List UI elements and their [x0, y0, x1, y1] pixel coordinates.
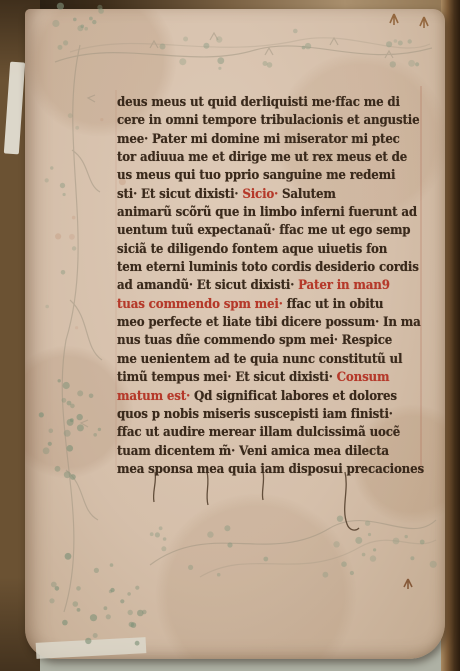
ink-text: ffac ut audire merear illam dulcissimã u… [117, 424, 400, 440]
manuscript-line: ffac ut audire merear illam dulcissimã u… [117, 423, 429, 441]
ink-text: tor adiuua me et dirige me ut rex meus e… [117, 149, 407, 165]
manuscript-line: deus meus ut quid derliquisti me·ffac me… [117, 93, 429, 111]
ink-text: Salutem [282, 186, 336, 202]
ink-text: meo perfecte et liate tibi dicere possum… [117, 314, 421, 330]
manuscript-line: ad amandũ· Et sicut dixisti· Pater in ma… [117, 276, 429, 294]
ink-text: nus tuas dñe commendo spm mei· Respice [117, 332, 392, 348]
ink-text: uentum tuũ expectanaũ· ffac me ut ego se… [117, 222, 410, 238]
manuscript-line: sti· Et sicut dixisti· Sicio· Salutem [117, 185, 429, 203]
ink-text: us meus qui tuo pprio sanguine me redemi [117, 167, 395, 183]
manuscript-line: matum est· Qd significat labores et dolo… [117, 387, 429, 405]
rubric-text: Pater in man9 [298, 277, 390, 293]
manuscript-line: uentum tuũ expectanaũ· ffac me ut ego se… [117, 221, 429, 239]
ink-text: quos p nobis miseris suscepisti iam fini… [117, 406, 393, 422]
ink-text: deus meus ut quid derliquisti me·ffac me… [117, 94, 400, 110]
ink-text: tem eterni luminis toto cordis desiderio… [117, 259, 419, 275]
manuscript-line: tor adiuua me et dirige me ut rex meus e… [117, 148, 429, 166]
manuscript-line: mea sponsa mea quia iam disposui precaci… [117, 460, 429, 478]
ink-text: timũ tempus mei· Et sicut dixisti· [117, 369, 337, 385]
ink-text: sti· Et sicut dixisti· [117, 186, 242, 202]
ink-text: mee· Pater mi domine mi miserator mi pte… [117, 131, 400, 147]
manuscript-line: tem eterni luminis toto cordis desiderio… [117, 258, 429, 276]
manuscript-photo: deus meus ut quid derliquisti me·ffac me… [0, 0, 460, 671]
ink-text: animarũ scõrũ que in limbo inferni fueru… [117, 204, 417, 220]
manuscript-line: tuas commendo spm mei· ffac ut in obitu [117, 295, 429, 313]
manuscript-line: meo perfecte et liate tibi dicere possum… [117, 313, 429, 331]
ink-text: mea sponsa mea quia iam disposui precaci… [117, 461, 424, 477]
ink-text: tuam dicentem m̃· Veni amica mea dilecta [117, 443, 389, 459]
ink-text: Qd significat labores et dolores [194, 388, 397, 404]
ink-text: me uenientem ad te quia nunc constitutũ … [117, 351, 402, 367]
manuscript-line: cere in omni tempore tribulacionis et an… [117, 111, 429, 129]
manuscript-line: siciã te diligendo fontem aque uiuetis f… [117, 240, 429, 258]
manuscript-line: quos p nobis miseris suscepisti iam fini… [117, 405, 429, 423]
manuscript-line: animarũ scõrũ que in limbo inferni fueru… [117, 203, 429, 221]
manuscript-line: mee· Pater mi domine mi miserator mi pte… [117, 130, 429, 148]
rubric-text: Consum [337, 369, 390, 385]
ink-text: ad amandũ· Et sicut dixisti· [117, 277, 298, 293]
rubric-text: tuas commendo spm mei· [117, 296, 287, 312]
ink-text: cere in omni tempore tribulacionis et an… [117, 112, 419, 128]
manuscript-line: me uenientem ad te quia nunc constitutũ … [117, 350, 429, 368]
rubric-text: Sicio· [242, 186, 282, 202]
manuscript-line: us meus qui tuo pprio sanguine me redemi [117, 166, 429, 184]
ink-text: siciã te diligendo fontem aque uiuetis f… [117, 241, 387, 257]
rubric-text: matum est· [117, 388, 194, 404]
manuscript-line: nus tuas dñe commendo spm mei· Respice [117, 331, 429, 349]
manuscript-line: timũ tempus mei· Et sicut dixisti· Consu… [117, 368, 429, 386]
manuscript-line: tuam dicentem m̃· Veni amica mea dilecta [117, 442, 429, 460]
ink-text: ffac ut in obitu [287, 296, 384, 312]
manuscript-text-block: deus meus ut quid derliquisti me·ffac me… [117, 93, 429, 478]
